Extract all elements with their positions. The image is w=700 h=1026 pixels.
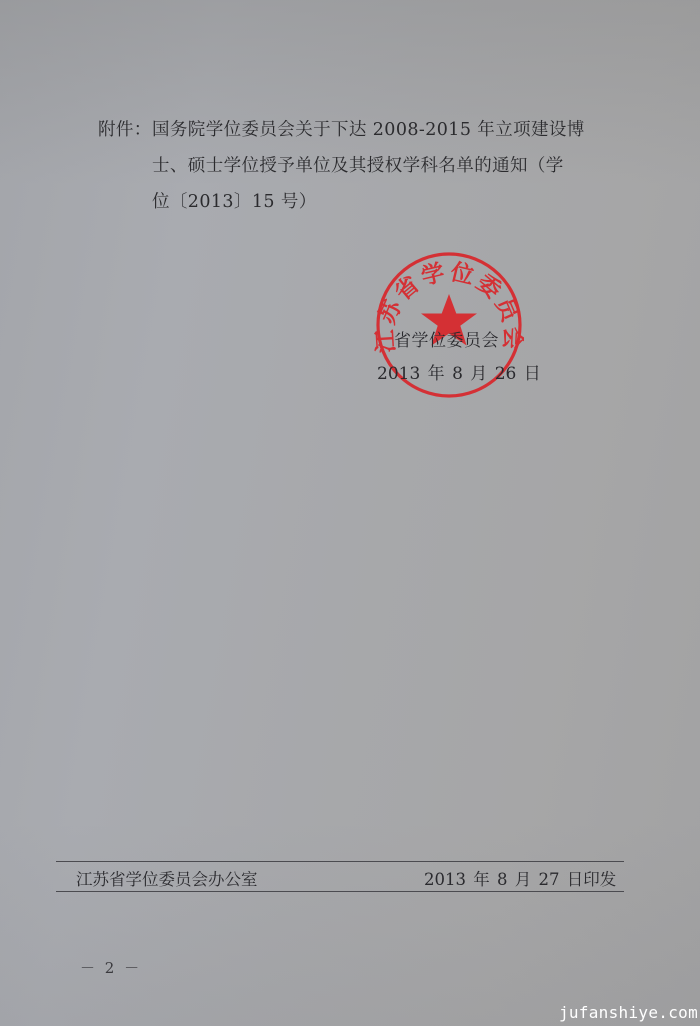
footer-issuer: 江苏省学位委员会办公室 [76, 866, 258, 890]
footer-issue-date: 2013 年 8 月 27 日印发 [424, 866, 616, 890]
attachment-label: 附件： [98, 112, 152, 148]
signature-organization: 省学位委员会 [394, 326, 499, 351]
signature-date: 2013 年 8 月 26 日 [377, 359, 541, 384]
attachment-line-3: 位〔2013〕15 号） [152, 184, 317, 220]
attachment-line-1: 国务院学位委员会关于下达 2008-2015 年立项建设博 [152, 112, 585, 148]
footer-rule-top [56, 861, 624, 862]
page-number: － 2 － [80, 957, 139, 978]
attachment-line-2: 士、硕士学位授予单位及其授权学科名单的通知（学 [152, 148, 564, 184]
watermark: jufanshiye.com [559, 1003, 698, 1022]
footer-rule-bottom [56, 891, 624, 892]
